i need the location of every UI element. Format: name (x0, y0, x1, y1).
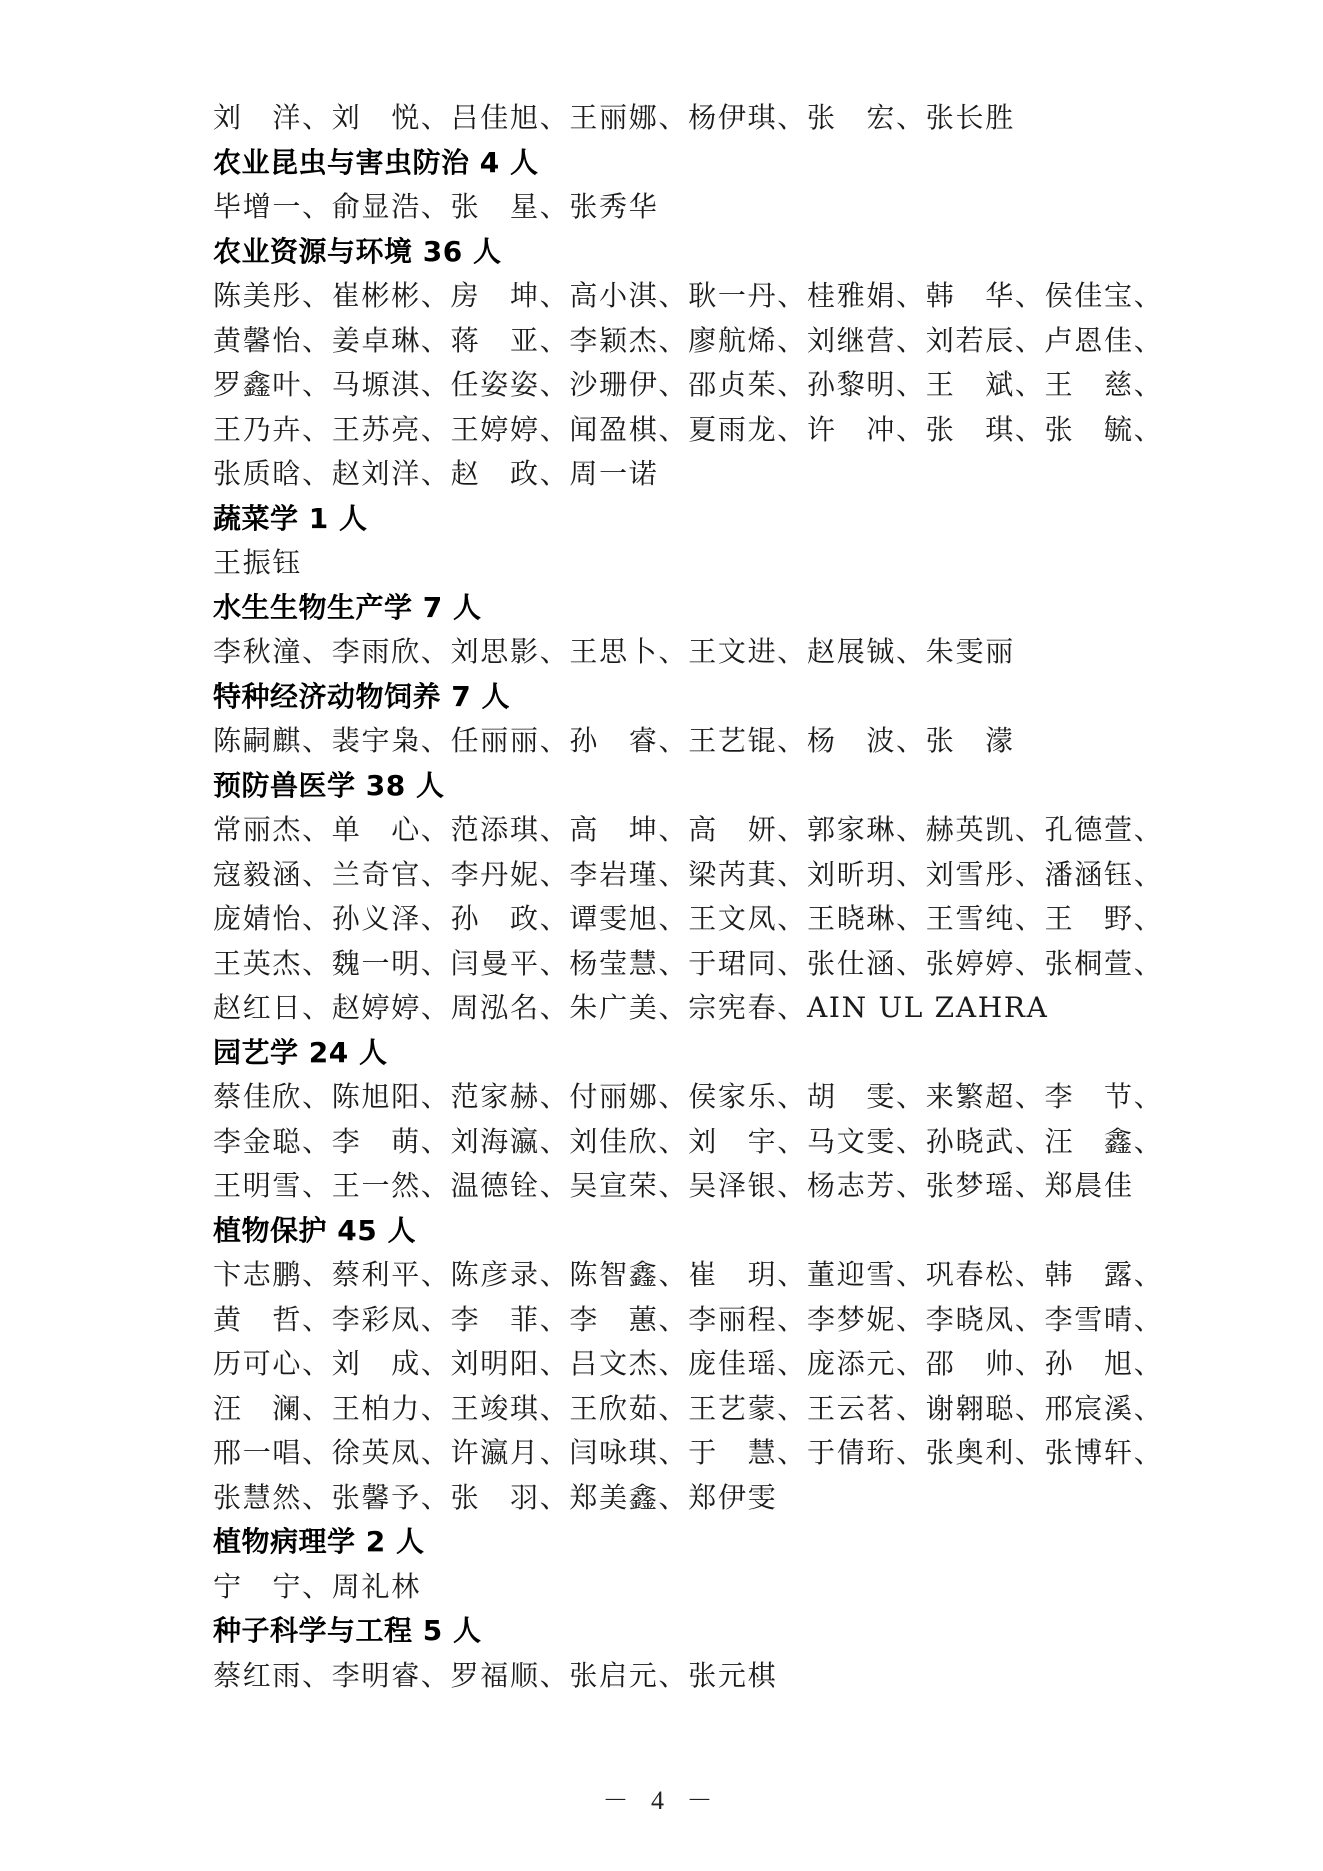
section-heading: 农业资源与环境 36 人 (213, 230, 1173, 275)
section-plant-protection: 植物保护 45 人 卞志鹏、蔡利平、陈彦录、陈智鑫、崔 玥、董迎雪、巩春松、韩 … (213, 1209, 1173, 1521)
section-heading: 植物保护 45 人 (213, 1209, 1173, 1254)
name-line: 蔡佳欣、陈旭阳、范家赫、付丽娜、侯家乐、胡 雯、来繁超、李 节、 (213, 1075, 1173, 1120)
name-line: 张质晗、赵刘洋、赵 政、周一诺 (213, 452, 1173, 497)
section-heading: 园艺学 24 人 (213, 1031, 1173, 1076)
name-line: 庞婧怡、孙义泽、孙 政、谭雯旭、王文凤、王晓琳、王雪纯、王 野、 (213, 897, 1173, 942)
section-special-economic-animal-breeding: 特种经济动物饲养 7 人 陈嗣麒、裴宇枭、任丽丽、孙 睿、王艺锟、杨 波、张 濛 (213, 675, 1173, 764)
section-agricultural-resources-environment: 农业资源与环境 36 人 陈美彤、崔彬彬、房 坤、高小淇、耿一丹、桂雅娟、韩 华… (213, 230, 1173, 497)
name-line: 李金聪、李 萌、刘海瀛、刘佳欣、刘 宇、马文雯、孙晓武、汪 鑫、 (213, 1120, 1173, 1165)
name-line: 陈嗣麒、裴宇枭、任丽丽、孙 睿、王艺锟、杨 波、张 濛 (213, 719, 1173, 764)
section-seed-science-engineering: 种子科学与工程 5 人 蔡红雨、李明睿、罗福顺、张启元、张元棋 (213, 1609, 1173, 1698)
section-preventive-veterinary-medicine: 预防兽医学 38 人 常丽杰、单 心、范添琪、高 坤、高 妍、郭家琳、赫英凯、孔… (213, 764, 1173, 1031)
section-horticulture: 园艺学 24 人 蔡佳欣、陈旭阳、范家赫、付丽娜、侯家乐、胡 雯、来繁超、李 节… (213, 1031, 1173, 1209)
name-line: 王明雪、王一然、温德铨、吴宣荣、吴泽银、杨志芳、张梦瑶、郑晨佳 (213, 1164, 1173, 1209)
name-line: 常丽杰、单 心、范添琪、高 坤、高 妍、郭家琳、赫英凯、孔德萱、 (213, 808, 1173, 853)
name-line: 赵红日、赵婷婷、周泓名、朱广美、宗宪春、AIN UL ZAHRA (213, 986, 1173, 1031)
name-line: 黄 哲、李彩凤、李 菲、李 蕙、李丽程、李梦妮、李晓凤、李雪晴、 (213, 1298, 1173, 1343)
name-line: 罗鑫叶、马塬淇、任姿姿、沙珊伊、邵贞茱、孙黎明、王 斌、王 慈、 (213, 363, 1173, 408)
section-heading: 预防兽医学 38 人 (213, 764, 1173, 809)
section-aquatic-biology-production: 水生生物生产学 7 人 李秋潼、李雨欣、刘思影、王思卜、王文进、赵展铖、朱雯丽 (213, 586, 1173, 675)
section-heading: 种子科学与工程 5 人 (213, 1609, 1173, 1654)
name-line: 陈美彤、崔彬彬、房 坤、高小淇、耿一丹、桂雅娟、韩 华、侯佳宝、 (213, 274, 1173, 319)
section-plant-pathology: 植物病理学 2 人 宁 宁、周礼林 (213, 1520, 1173, 1609)
section-heading: 植物病理学 2 人 (213, 1520, 1173, 1565)
name-line: 王乃卉、王苏亮、王婷婷、闻盈棋、夏雨龙、许 冲、张 琪、张 毓、 (213, 408, 1173, 453)
name-line: 蔡红雨、李明睿、罗福顺、张启元、张元棋 (213, 1654, 1173, 1699)
name-line: 汪 澜、王柏力、王竣琪、王欣茹、王艺蒙、王云茗、谢翱聪、邢宸溪、 (213, 1387, 1173, 1432)
section-heading: 农业昆虫与害虫防治 4 人 (213, 141, 1173, 186)
section-vegetable-science: 蔬菜学 1 人 王振钰 (213, 497, 1173, 586)
name-line: 毕增一、俞显浩、张 星、张秀华 (213, 185, 1173, 230)
name-line: 刘 洋、刘 悦、吕佳旭、王丽娜、杨伊琪、张 宏、张长胜 (213, 96, 1173, 141)
name-line: 王振钰 (213, 541, 1173, 586)
name-line: 寇毅涵、兰奇官、李丹妮、李岩瑾、梁芮萁、刘昕玥、刘雪彤、潘涵钰、 (213, 853, 1173, 898)
section-agricultural-entomology: 农业昆虫与害虫防治 4 人 毕增一、俞显浩、张 星、张秀华 (213, 141, 1173, 230)
name-line: 邢一唱、徐英凤、许瀛月、闫咏琪、于 慧、于倩珩、张奥利、张博轩、 (213, 1431, 1173, 1476)
section-heading: 蔬菜学 1 人 (213, 497, 1173, 542)
name-line: 历可心、刘 成、刘明阳、吕文杰、庞佳瑶、庞添元、邵 帅、孙 旭、 (213, 1342, 1173, 1387)
name-line: 王英杰、魏一明、闫曼平、杨莹慧、于珺同、张仕涵、张婷婷、张桐萱、 (213, 942, 1173, 987)
section-heading: 特种经济动物饲养 7 人 (213, 675, 1173, 720)
name-line: 李秋潼、李雨欣、刘思影、王思卜、王文进、赵展铖、朱雯丽 (213, 630, 1173, 675)
name-line: 卞志鹏、蔡利平、陈彦录、陈智鑫、崔 玥、董迎雪、巩春松、韩 露、 (213, 1253, 1173, 1298)
page-number: － 4 － (0, 1780, 1323, 1817)
document-body: 刘 洋、刘 悦、吕佳旭、王丽娜、杨伊琪、张 宏、张长胜 农业昆虫与害虫防治 4 … (213, 96, 1173, 1698)
section-heading: 水生生物生产学 7 人 (213, 586, 1173, 631)
name-line: 宁 宁、周礼林 (213, 1565, 1173, 1610)
name-line: 黄馨怡、姜卓琳、蒋 亚、李颖杰、廖航烯、刘继营、刘若辰、卢恩佳、 (213, 319, 1173, 364)
name-line: 张慧然、张馨予、张 羽、郑美鑫、郑伊雯 (213, 1476, 1173, 1521)
